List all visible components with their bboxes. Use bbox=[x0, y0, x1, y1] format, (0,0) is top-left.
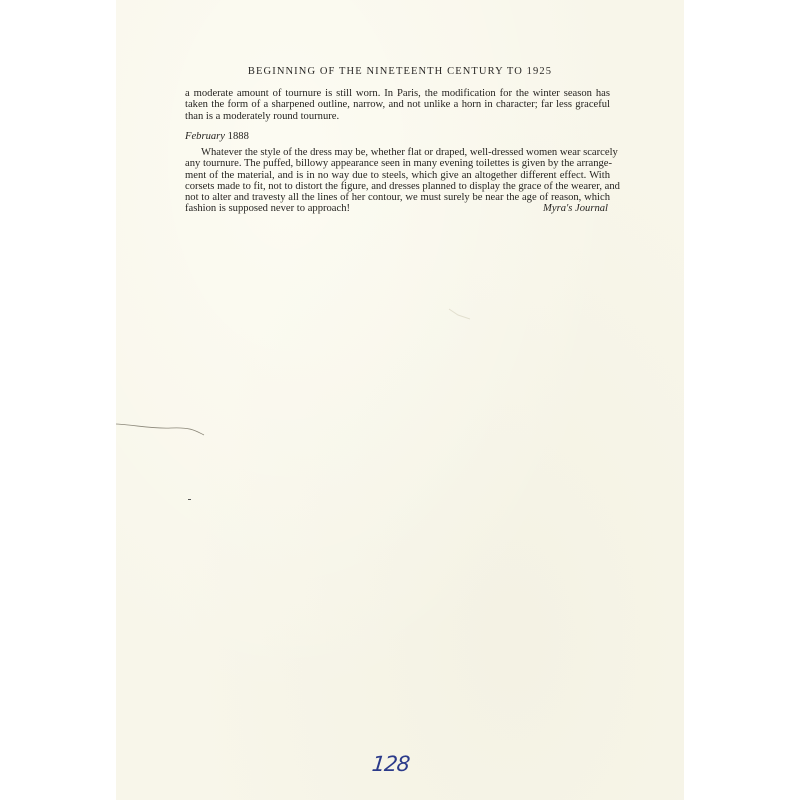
text-line: fashion is supposed never to approach! bbox=[185, 203, 350, 214]
dateline-year: 1888 bbox=[228, 131, 249, 142]
ink-speck bbox=[188, 499, 191, 500]
text-line: Whatever the style of the dress may be, … bbox=[185, 147, 610, 158]
text-line: taken the form of a sharpened outline, n… bbox=[185, 99, 610, 110]
document-page: BEGINNING OF THE NINETEENTH CENTURY TO 1… bbox=[116, 0, 684, 800]
text-line: ment of the material, and is in no way d… bbox=[185, 170, 610, 181]
paragraph-continuation: a moderate amount of tournure is still w… bbox=[185, 88, 610, 122]
text-line: any tournure. The puffed, billowy appear… bbox=[185, 158, 610, 169]
final-line-row: fashion is supposed never to approach! M… bbox=[185, 203, 610, 214]
text-line: than is a moderately round tournure. bbox=[185, 111, 610, 122]
running-head: BEGINNING OF THE NINETEENTH CENTURY TO 1… bbox=[116, 66, 684, 77]
paper-crease-mark bbox=[448, 308, 472, 320]
pencil-mark bbox=[116, 422, 206, 436]
dateline-month: February bbox=[185, 131, 225, 142]
text-line: corsets made to fit, not to distort the … bbox=[185, 181, 610, 192]
dateline: February 1888 bbox=[185, 131, 249, 142]
handwritten-page-number: 128 bbox=[371, 752, 411, 776]
source-attribution: Myra's Journal bbox=[543, 203, 610, 214]
text-line: not to alter and travesty all the lines … bbox=[185, 192, 610, 203]
paragraph-quote: Whatever the style of the dress may be, … bbox=[185, 147, 610, 215]
text-line: a moderate amount of tournure is still w… bbox=[185, 88, 610, 99]
